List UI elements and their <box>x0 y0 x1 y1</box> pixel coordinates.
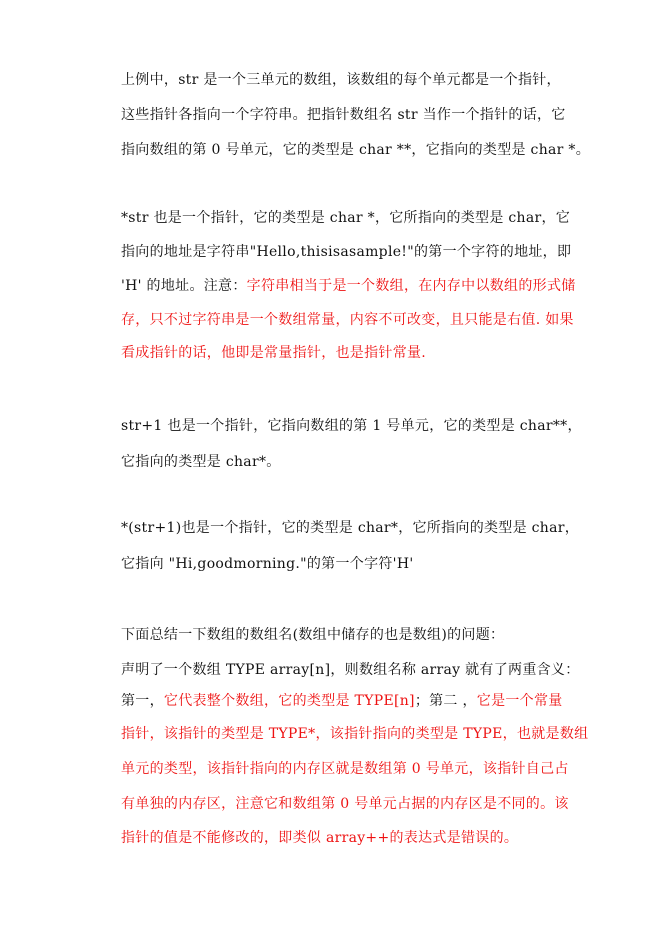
text-line: 有单独的内存区，注意它和数组第 0 号单元占据的内存区是不同的。该 <box>121 795 603 813</box>
highlighted-text-run: 看成指针的话，他即是常量指针，也是指针常量. <box>121 345 426 361</box>
text-run: 它指向 "Hi,goodmorning."的第一个字符'H' <box>121 556 413 572</box>
text-line: 上例中，str 是一个三单元的数组，该数组的每个单元都是一个指针， <box>121 71 603 89</box>
text-line: 单元的类型，该指针指向的内存区就是数组第 0 号单元，该指针自己占 <box>121 760 603 778</box>
text-run: 指向数组的第 0 号单元，它的类型是 char **，它指向的类型是 char … <box>121 142 590 158</box>
text-run: *(str+1)也是一个指针，它的类型是 char*，它所指向的类型是 char… <box>121 520 579 536</box>
highlighted-text-run: 它代表整个数组，它的类型是 TYPE[n] <box>164 693 415 709</box>
text-run: 它指向的类型是 char*。 <box>121 454 281 470</box>
text-line: 它指向的类型是 char*。 <box>121 453 603 471</box>
text-run: str+1 也是一个指针，它指向数组的第 1 号单元，它的类型是 char**， <box>121 418 582 434</box>
text-line: 指向的地址是字符串"Hello,thisisasample!"的第一个字符的地址… <box>121 243 603 261</box>
text-line: 指向数组的第 0 号单元，它的类型是 char **，它指向的类型是 char … <box>121 141 603 159</box>
highlighted-text-run: 单元的类型，该指针指向的内存区就是数组第 0 号单元，该指针自己占 <box>121 761 569 777</box>
text-line: 它指向 "Hi,goodmorning."的第一个字符'H' <box>121 555 603 573</box>
highlighted-text-run: 有单独的内存区，注意它和数组第 0 号单元占据的内存区是不同的。该 <box>121 796 569 812</box>
text-line: 这些指针各指向一个字符串。把指针数组名 str 当作一个指针的话，它 <box>121 106 603 124</box>
highlighted-text-run: 字符串相当于是一个数组，在内存中以数组的形式储 <box>247 278 576 294</box>
text-line: 'H' 的地址。注意：字符串相当于是一个数组，在内存中以数组的形式储 <box>121 277 603 295</box>
text-run: ；第二 ， <box>415 693 477 709</box>
text-run: 声明了一个数组 TYPE array[n]，则数组名称 array 就有了两重含… <box>121 662 580 678</box>
highlighted-text-run: 指针的值是不能修改的，即类似 array++的表达式是错误的。 <box>121 830 518 846</box>
text-line: 指针，该指针的类型是 TYPE*，该指针指向的类型是 TYPE，也就是数组 <box>121 725 603 743</box>
highlighted-text-run: 存，只不过字符串是一个数组常量，内容不可改变，且只能是右值. 如果 <box>121 312 574 328</box>
text-line: 存，只不过字符串是一个数组常量，内容不可改变，且只能是右值. 如果 <box>121 311 603 329</box>
text-line: 下面总结一下数组的数组名(数组中储存的也是数组)的问题： <box>121 626 603 644</box>
text-run: *str 也是一个指针，它的类型是 char *，它所指向的类型是 char，它 <box>121 210 570 226</box>
text-run: 'H' 的地址。注意： <box>121 278 247 294</box>
text-line: *(str+1)也是一个指针，它的类型是 char*，它所指向的类型是 char… <box>121 519 603 537</box>
document-page: 上例中，str 是一个三单元的数组，该数组的每个单元都是一个指针， 这些指针各指… <box>0 0 660 934</box>
text-line: 声明了一个数组 TYPE array[n]，则数组名称 array 就有了两重含… <box>121 661 603 679</box>
text-run: 第一， <box>121 693 164 709</box>
text-run: 下面总结一下数组的数组名(数组中储存的也是数组)的问题： <box>121 627 504 643</box>
text-line: *str 也是一个指针，它的类型是 char *，它所指向的类型是 char，它 <box>121 209 603 227</box>
text-run: 上例中，str 是一个三单元的数组，该数组的每个单元都是一个指针， <box>121 72 561 88</box>
text-line: str+1 也是一个指针，它指向数组的第 1 号单元，它的类型是 char**， <box>121 417 603 435</box>
text-run: 指向的地址是字符串"Hello,thisisasample!"的第一个字符的地址… <box>121 244 571 260</box>
highlighted-text-run: 指针，该指针的类型是 TYPE*，该指针指向的类型是 TYPE，也就是数组 <box>121 726 588 742</box>
text-line: 第一，它代表整个数组，它的类型是 TYPE[n]；第二 ，它是一个常量 <box>121 692 603 710</box>
text-line: 看成指针的话，他即是常量指针，也是指针常量. <box>121 344 603 362</box>
text-run: 这些指针各指向一个字符串。把指针数组名 str 当作一个指针的话，它 <box>121 107 566 123</box>
highlighted-text-run: 它是一个常量 <box>477 693 563 709</box>
text-line: 指针的值是不能修改的，即类似 array++的表达式是错误的。 <box>121 829 603 847</box>
